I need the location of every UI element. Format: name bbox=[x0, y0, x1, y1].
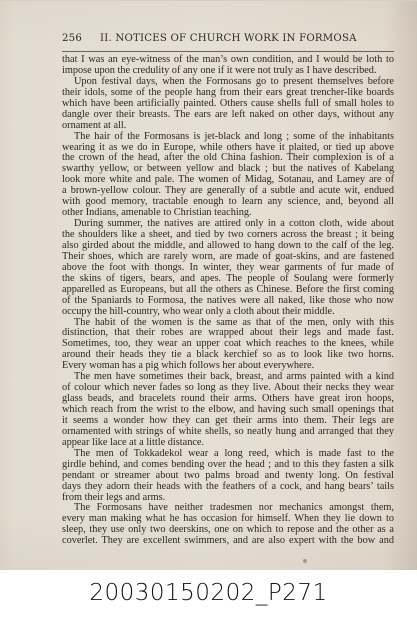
paper-blemish bbox=[303, 559, 307, 563]
text-line: of the Spaniards to Formosa, the natives… bbox=[62, 296, 394, 307]
text-line: pendant or streamer about two palms broa… bbox=[62, 471, 394, 482]
text-line: ornament at all. bbox=[62, 121, 394, 132]
running-head: 256II. NOTICES OF CHURCH WORK IN FORMOSA bbox=[62, 33, 394, 49]
scanned-page: 256II. NOTICES OF CHURCH WORK IN FORMOSA… bbox=[0, 0, 417, 570]
text-line: coverlet. They are excellent swimmers, a… bbox=[62, 536, 394, 547]
page-number: 256 bbox=[62, 33, 100, 44]
running-head-title: II. NOTICES OF CHURCH WORK IN FORMOSA bbox=[100, 33, 357, 44]
text-line: dangle over their breasts. The ears are … bbox=[62, 110, 394, 121]
text-line: days they adorn their heads with the fea… bbox=[62, 482, 394, 493]
text-line: apparelled as Europeans, but all the oth… bbox=[62, 285, 394, 296]
text-line: The hair of the Formosans is jet-black a… bbox=[62, 132, 394, 143]
body-text: that I was an eye-witness of the man’s o… bbox=[62, 55, 394, 547]
text-line: girdle behind, and comes bending over th… bbox=[62, 460, 394, 471]
header-rule bbox=[62, 51, 394, 52]
image-caption: 20030150202_P271 bbox=[0, 580, 417, 606]
text-line: occupy the hill-country, who wear only a… bbox=[62, 307, 394, 318]
